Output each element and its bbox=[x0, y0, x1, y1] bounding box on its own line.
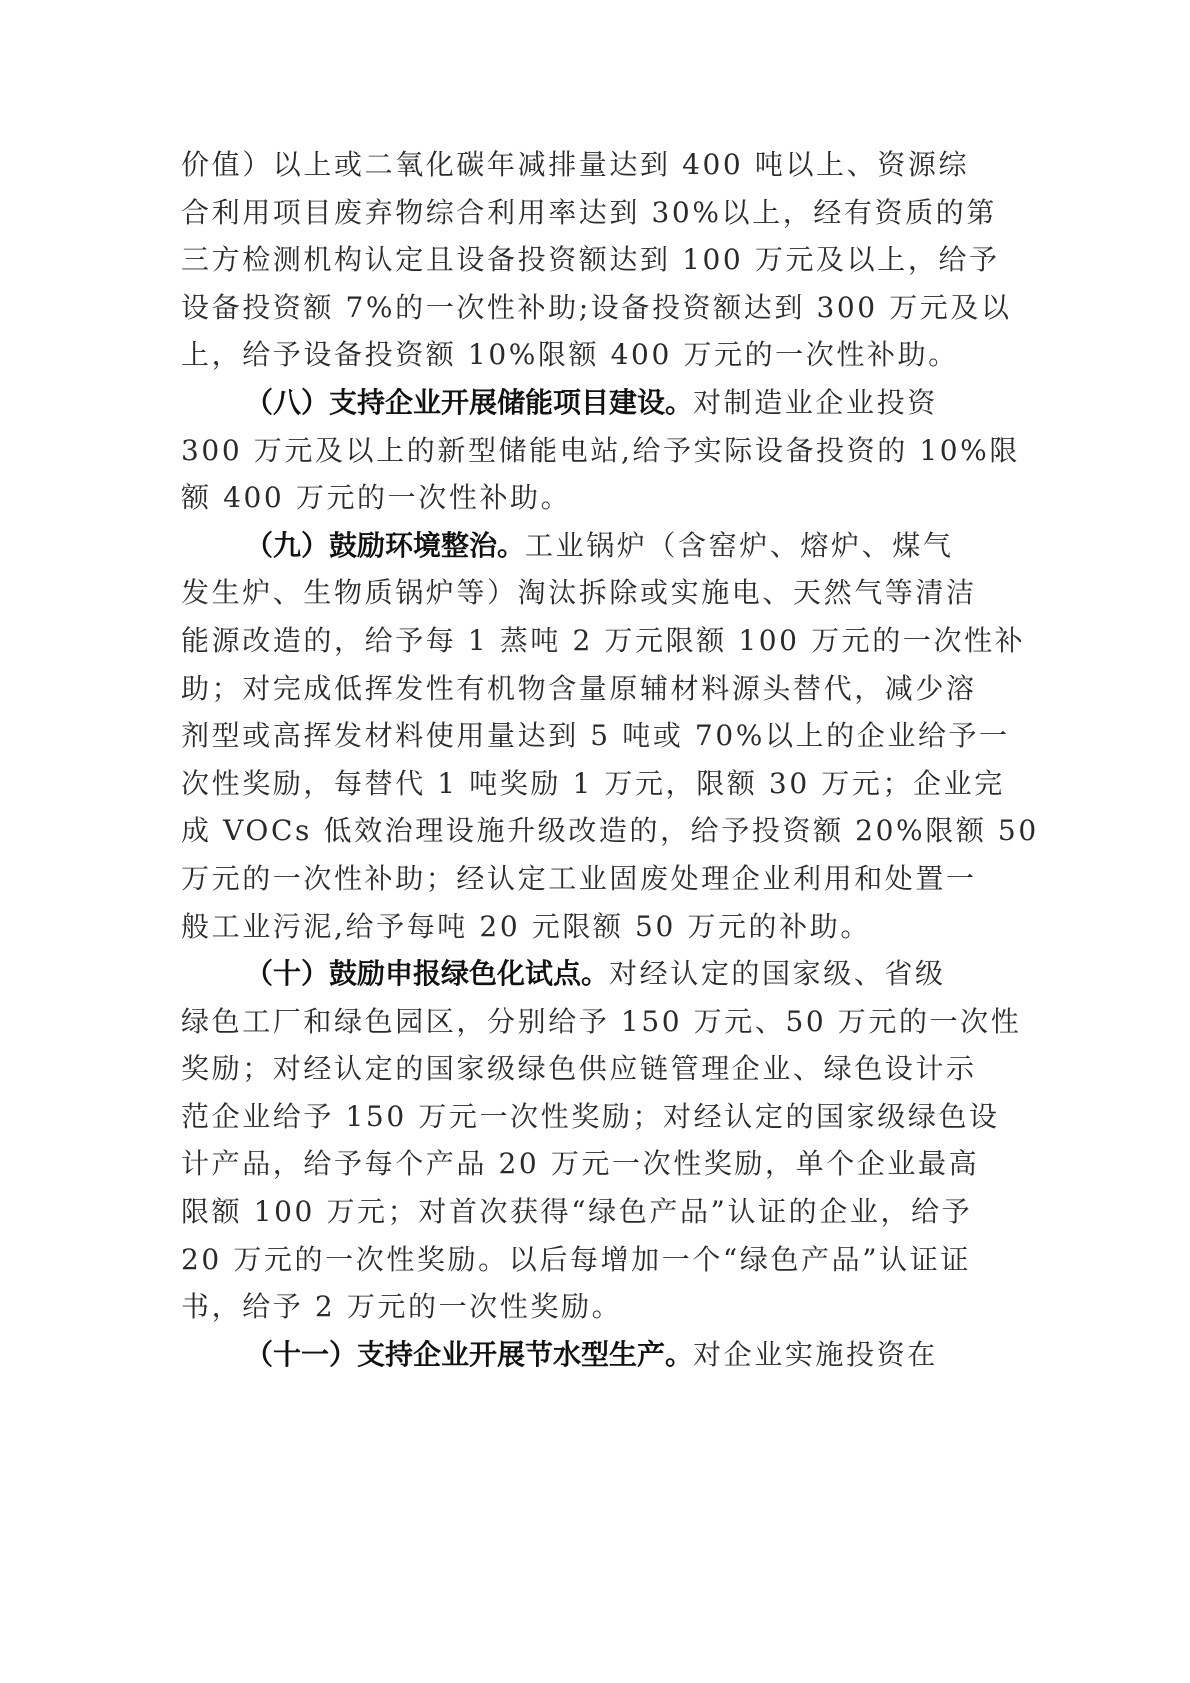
text-line: 300 万元及以上的新型储能电站,给予实际设备投资的 10%限 bbox=[181, 427, 1021, 475]
text-line: 三方检测机构认定且设备投资额达到 100 万元及以上，给予 bbox=[181, 236, 1021, 284]
text-line: 奖励；对经认定的国家级绿色供应链管理企业、绿色设计示 bbox=[181, 1045, 1021, 1093]
section-heading-11: （十一）支持企业开展节水型生产。 bbox=[245, 1338, 693, 1371]
text-line: 助；对完成低挥发性有机物含量原辅材料源头替代，减少溶 bbox=[181, 665, 1021, 713]
text-line: 计产品，给予每个产品 20 万元一次性奖励，单个企业最高 bbox=[181, 1140, 1021, 1188]
paragraph-text: 对经认定的国家级、省级 bbox=[609, 957, 946, 990]
section-heading-9: （九）鼓励环境整治。 bbox=[245, 529, 525, 562]
text-line: 价值）以上或二氧化碳年减排量达到 400 吨以上、资源综 bbox=[181, 141, 1021, 189]
text-line: 上，给予设备投资额 10%限额 400 万元的一次性补助。 bbox=[181, 331, 1021, 379]
paragraph-first-line: （十一）支持企业开展节水型生产。对企业实施投资在 bbox=[181, 1331, 1021, 1379]
paragraph-text: 对制造业企业投资 bbox=[693, 386, 938, 419]
document-page: 价值）以上或二氧化碳年减排量达到 400 吨以上、资源综 合利用项目废弃物综合利… bbox=[0, 0, 1190, 1683]
text-line: 书，给予 2 万元的一次性奖励。 bbox=[181, 1283, 1021, 1331]
paragraph-first-line: （八）支持企业开展储能项目建设。对制造业企业投资 bbox=[181, 379, 1021, 427]
text-line: 合利用项目废弃物综合利用率达到 30%以上，经有资质的第 bbox=[181, 189, 1021, 237]
text-line: 设备投资额 7%的一次性补助;设备投资额达到 300 万元及以 bbox=[181, 284, 1021, 332]
text-line: 绿色工厂和绿色园区，分别给予 150 万元、50 万元的一次性 bbox=[181, 998, 1021, 1046]
paragraph-text: 工业锅炉（含窑炉、熔炉、煤气 bbox=[525, 529, 953, 562]
text-line: 成 VOCs 低效治理设施升级改造的，给予投资额 20%限额 50 bbox=[181, 807, 1021, 855]
paragraph-text: 对企业实施投资在 bbox=[693, 1338, 938, 1371]
text-line: 万元的一次性补助；经认定工业固废处理企业利用和处置一 bbox=[181, 855, 1021, 903]
document-body: 价值）以上或二氧化碳年减排量达到 400 吨以上、资源综 合利用项目废弃物综合利… bbox=[181, 141, 1021, 1378]
section-heading-10: （十）鼓励申报绿色化试点。 bbox=[245, 957, 609, 990]
text-line: 额 400 万元的一次性补助。 bbox=[181, 474, 1021, 522]
paragraph-first-line: （九）鼓励环境整治。工业锅炉（含窑炉、熔炉、煤气 bbox=[181, 522, 1021, 570]
text-line: 20 万元的一次性奖励。以后每增加一个“绿色产品”认证证 bbox=[181, 1236, 1021, 1284]
text-line: 发生炉、生物质锅炉等）淘汰拆除或实施电、天然气等清洁 bbox=[181, 569, 1021, 617]
text-line: 范企业给予 150 万元一次性奖励；对经认定的国家级绿色设 bbox=[181, 1093, 1021, 1141]
section-heading-8: （八）支持企业开展储能项目建设。 bbox=[245, 386, 693, 419]
text-line: 能源改造的，给予每 1 蒸吨 2 万元限额 100 万元的一次性补 bbox=[181, 617, 1021, 665]
text-line: 剂型或高挥发材料使用量达到 5 吨或 70%以上的企业给予一 bbox=[181, 712, 1021, 760]
text-line: 般工业污泥,给予每吨 20 元限额 50 万元的补助。 bbox=[181, 903, 1021, 951]
text-line: 限额 100 万元；对首次获得“绿色产品”认证的企业，给予 bbox=[181, 1188, 1021, 1236]
text-line: 次性奖励，每替代 1 吨奖励 1 万元，限额 30 万元；企业完 bbox=[181, 760, 1021, 808]
paragraph-first-line: （十）鼓励申报绿色化试点。对经认定的国家级、省级 bbox=[181, 950, 1021, 998]
